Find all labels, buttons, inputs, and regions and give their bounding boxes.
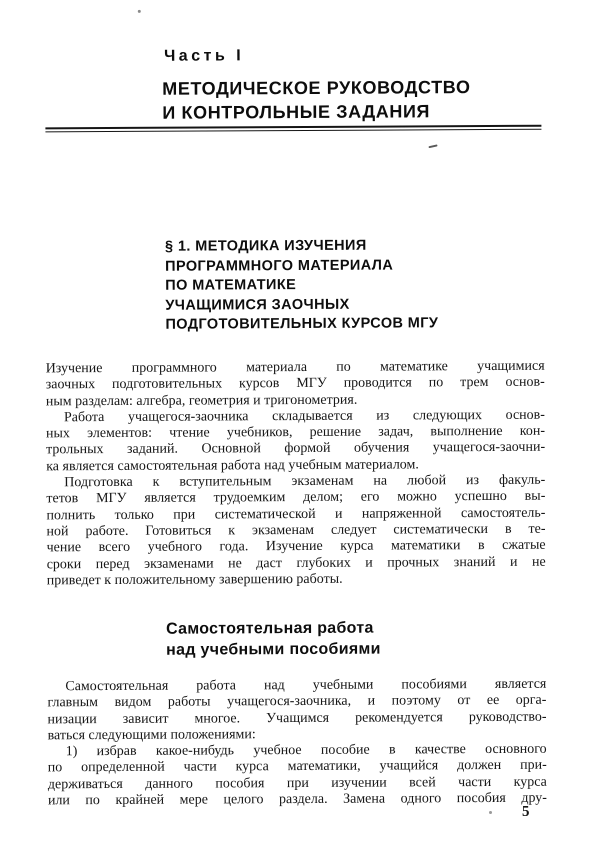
body-line: трольных заданий. Основной формой обучен… — [46, 440, 545, 459]
subsection-heading-line: Самостоятельная работа — [166, 618, 381, 640]
body-text-block: Самостоятельная работа над учебными посо… — [47, 677, 547, 810]
part-title-line: МЕТОДИЧЕСКОЕ РУКОВОДСТВО — [162, 75, 470, 101]
body-line: сроки перед экзаменами не даст глубоких … — [47, 554, 546, 573]
part-title-line: И КОНТРОЛЬНЫЕ ЗАДАНИЯ — [162, 99, 470, 125]
book-page: Часть I МЕТОДИЧЕСКОЕ РУКОВОДСТВО И КОНТР… — [0, 0, 600, 866]
section-heading-line: § 1. МЕТОДИКА ИЗУЧЕНИЯ — [165, 236, 438, 257]
scan-speck — [428, 144, 437, 148]
scan-speck — [489, 811, 492, 814]
section-heading-line: ПО МАТЕМАТИКЕ — [165, 275, 438, 296]
body-line: или по крайней мере целого раздела. Заме… — [48, 791, 547, 810]
section-heading-line: ПРОГРАММНОГО МАТЕРИАЛА — [165, 256, 438, 277]
body-line: низации зависит многое. Учащимся рекомен… — [47, 709, 546, 728]
section-heading: § 1. МЕТОДИКА ИЗУЧЕНИЯ ПРОГРАММНОГО МАТЕ… — [165, 236, 438, 335]
paragraph: Работа учащегося-заочника складывается и… — [46, 408, 545, 476]
paragraph: Самостоятельная работа над учебными посо… — [47, 677, 546, 745]
subsection-heading-line: над учебными пособиями — [166, 639, 381, 661]
paragraph: Изучение программного материала по матем… — [46, 359, 545, 411]
body-line: приведет к положительному завершению раб… — [47, 571, 546, 590]
paragraph: 1) избрав какое-нибудь учебное пособие в… — [48, 742, 547, 810]
part-label: Часть I — [164, 47, 244, 65]
scan-speck — [138, 10, 141, 13]
paragraph: Подготовка к вступительным экзаменам на … — [46, 473, 546, 590]
section-heading-line: ПОДГОТОВИТЕЛЬНЫХ КУРСОВ МГУ — [165, 315, 438, 336]
subsection-heading: Самостоятельная работа над учебными посо… — [166, 618, 381, 661]
double-rule — [45, 125, 541, 133]
page-number: 5 — [522, 804, 530, 821]
body-line: заочных подготовительных курсов МГУ пров… — [46, 375, 545, 394]
section-heading-line: УЧАЩИМИСЯ ЗАОЧНЫХ — [165, 295, 438, 316]
body-line: чение всего учебного года. Изучение курс… — [47, 538, 546, 557]
body-text-block: Изучение программного материала по матем… — [46, 359, 546, 590]
scan-content: Часть I МЕТОДИЧЕСКОЕ РУКОВОДСТВО И КОНТР… — [0, 0, 600, 866]
body-line: главным видом работы учащегося-заочника,… — [47, 693, 546, 712]
part-title: МЕТОДИЧЕСКОЕ РУКОВОДСТВО И КОНТРОЛЬНЫЕ З… — [162, 75, 471, 125]
